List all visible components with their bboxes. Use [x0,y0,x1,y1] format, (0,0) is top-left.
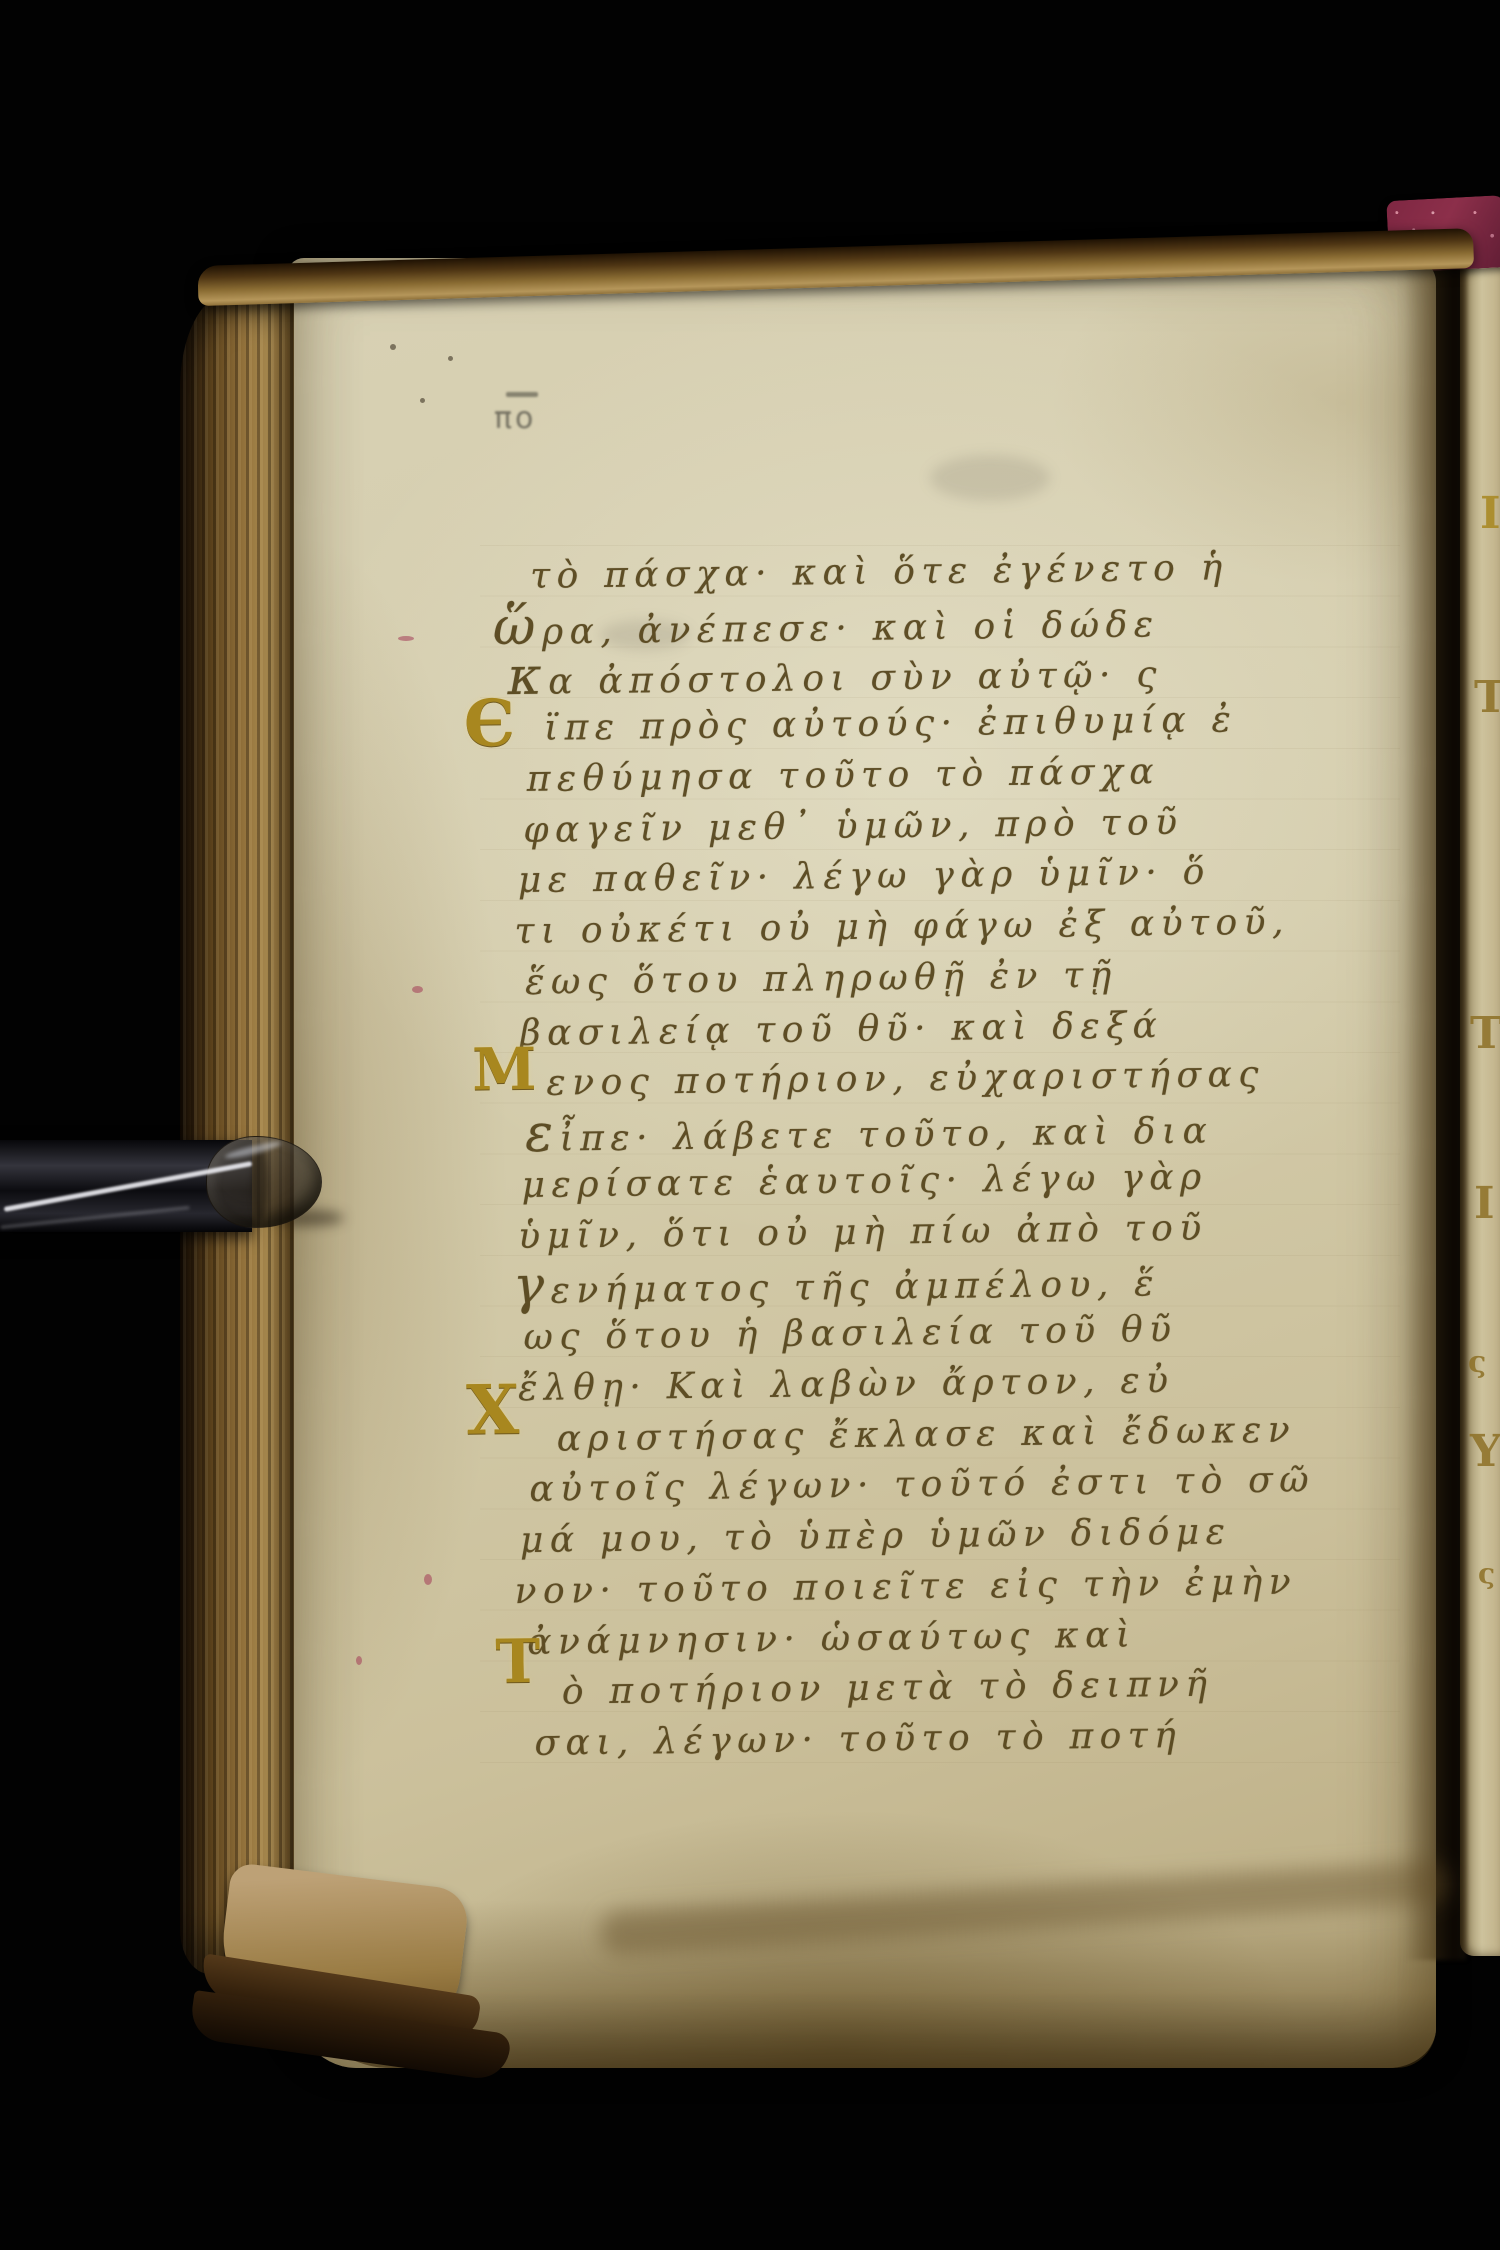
manuscript-text-line: κα ἀπόστολοι σὺν αὐτῷ· ς [507,649,1163,703]
manuscript-text-line: ἕως ὅτου πληρωθῇ ἐν τῇ [525,955,1118,1004]
manuscript-text-line: νον· τοῦτο ποιεῖτε εἰς τὴν ἐμὴν [514,1562,1297,1613]
text-block: τὸ πάσχα· καὶ ὅτε ἐγένετο ἡ ὥρα, ἀνέπεσε… [0,0,1500,2250]
manuscript-text-line: ὥρα, ἀνέπεσε· καὶ οἱ δώδε [493,599,1160,654]
manuscript-text-line: μερίσατε ἑαυτοῖς· λέγω γὰρ [521,1157,1208,1207]
manuscript-text-line: μά μου, τὸ ὑπὲρ ὑμῶν διδόμε [520,1511,1232,1561]
manuscript-text-line: εἶπε· λάβετε τοῦτο, καὶ δια [525,1106,1214,1161]
manuscript-text-line: φαγεῖν μεθ᾽ ὑμῶν, πρὸ τοῦ [523,802,1184,851]
gold-initial-chi: Χ [466,1376,520,1445]
manuscript-text-line: τὸ πάσχα· καὶ ὅτε ἐγένετο ἡ [530,547,1229,597]
manuscript-text-line: ως ὅτου ἡ βασιλεία τοῦ θῦ [523,1309,1178,1358]
manuscript-text-line: ἔλθῃ· Καὶ λαβὼν ἄρτον, εὐ [518,1360,1175,1409]
gold-initial-mu: Μ [472,1040,537,1099]
gold-initial-epsilon: Є [464,692,516,757]
gold-initial-tau: Τ [495,1632,540,1693]
manuscript-text-line: με παθεῖν· λέγω γὰρ ὑμῖν· ὅ [518,852,1211,902]
manuscript-photo: πο τὸ πάσχα· καὶ ὅτε ἐγένετο ἡ ὥρα, ἀνέπ… [0,0,1500,2250]
manuscript-text-line: γενήματος τῆς ἀμπέλου, ἕ [513,1258,1161,1312]
manuscript-text-line: ϊπε πρὸς αὐτούς· ἐπιθυμίᾳ ἐ [544,699,1238,749]
manuscript-text-line: αὐτοῖς λέγων· τοῦτό ἐστι τὸ σῶ [529,1459,1315,1510]
manuscript-text-line: σαι, λέγων· τοῦτο τὸ ποτή [534,1715,1182,1764]
manuscript-text-line: ἀνάμνησιν· ὡσαύτως καὶ [527,1615,1137,1664]
manuscript-text-line: τι οὐκέτι οὐ μὴ φάγω ἐξ αὐτοῦ, [514,902,1290,953]
manuscript-text-line: ενος ποτήριον, εὐχαριστήσας [546,1054,1265,1104]
manuscript-text-line: αριστήσας ἔκλασε καὶ ἔδωκεν [556,1410,1296,1460]
manuscript-text-line: ὸ ποτήριον μετὰ τὸ δειπνῆ [562,1664,1214,1713]
manuscript-text-line: ὑμῖν, ὅτι οὐ μὴ πίω ἀπὸ τοῦ [518,1208,1208,1258]
manuscript-text-line: βασιλείᾳ τοῦ θῦ· καὶ δεξά [520,1005,1164,1054]
glass-rod-seam [252,1142,268,1222]
manuscript-text-line: πεθύμησα τοῦτο τὸ πάσχα [526,751,1160,800]
